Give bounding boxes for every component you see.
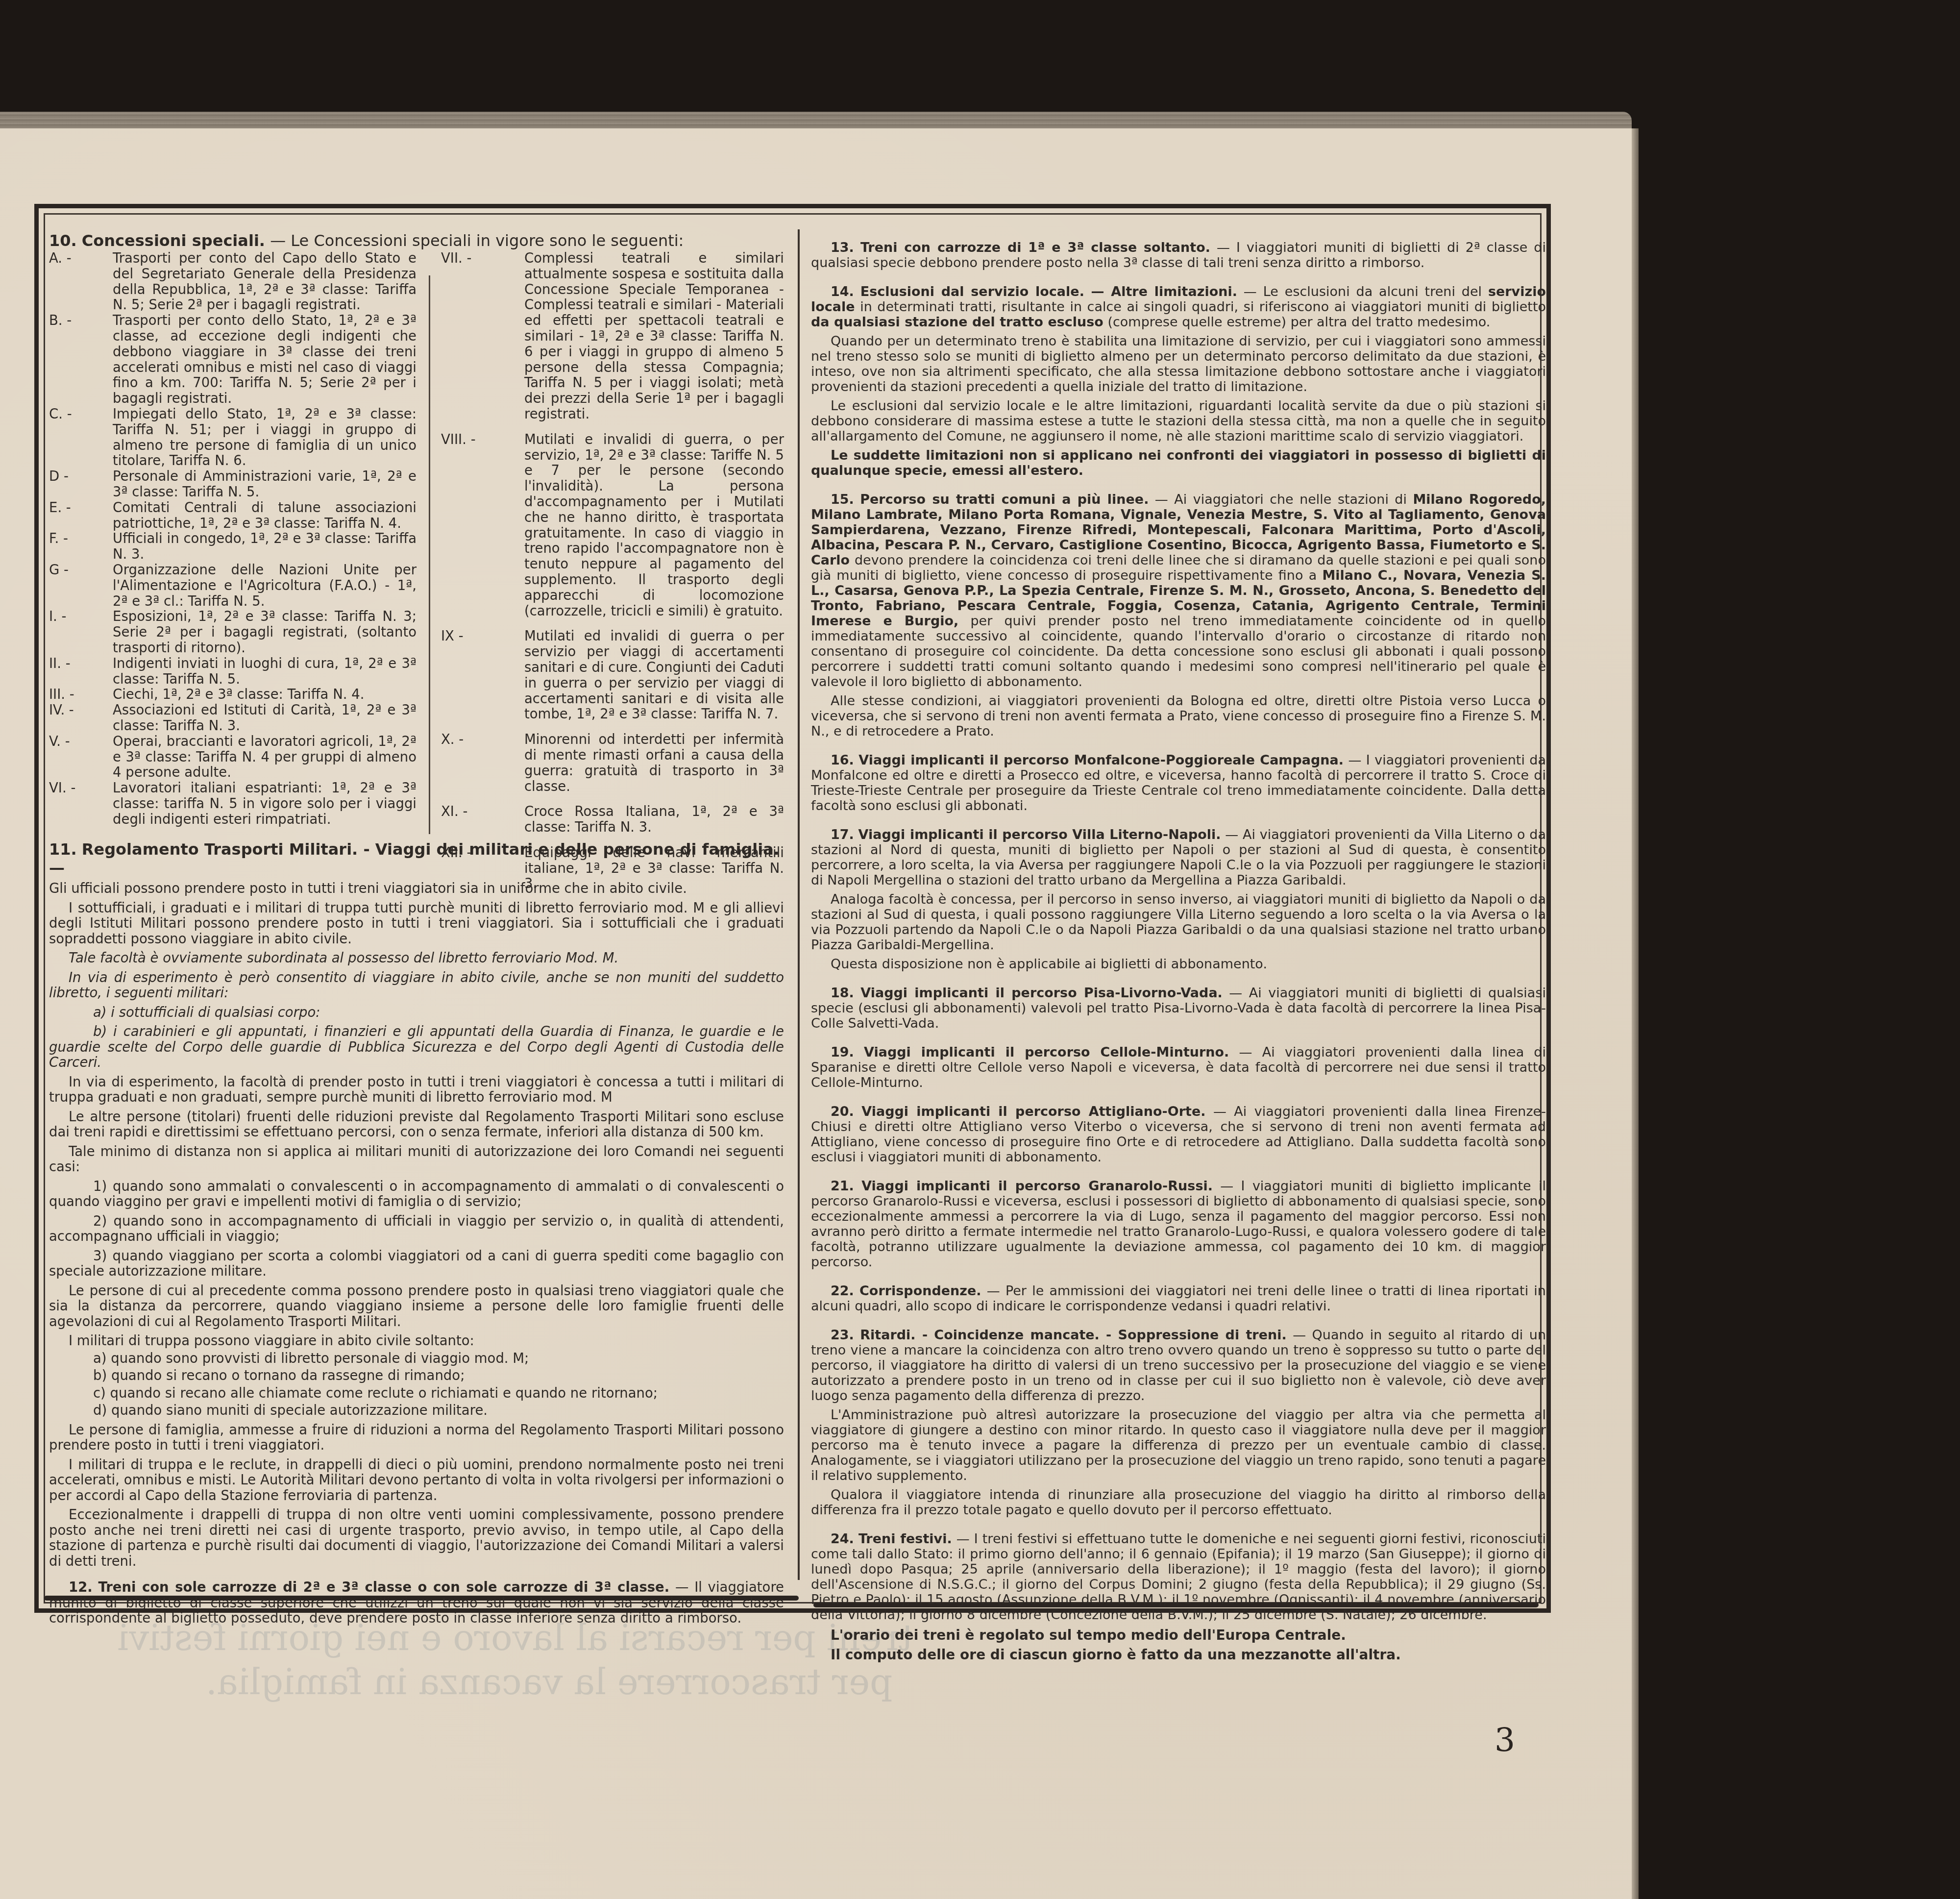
concession-item: VI. -Lavoratori italiani espatrianti: 1ª… (49, 781, 416, 827)
bleed-through-text-2: per trascorrere la vacanza in famiglia. (206, 1661, 892, 1702)
concession-item: D -Personale di Amministrazioni varie, 1… (49, 469, 416, 500)
section-22-title: Corrispondenze. (859, 1283, 981, 1299)
left-column: 10. Concessioni speciali. — Le Concessio… (49, 231, 784, 1627)
concessions-list: A. -Trasporti per conto del Capo dello S… (49, 251, 784, 837)
section-11-paragraph: Tale minimo di distanza non si applica a… (49, 1144, 784, 1175)
list-divider (429, 275, 430, 834)
section-11-case: 1) quando sono ammalati o convalescenti … (49, 1179, 784, 1210)
section-11-case: 3) quando viaggiano per scorta a colombi… (49, 1249, 784, 1280)
closing-note-timezone: L'orario dei treni è regolato sul tempo … (811, 1627, 1546, 1644)
section-15: 15. Percorso su tratti comuni a più line… (811, 492, 1546, 739)
section-11-paragraph: I militari di truppa e le reclute, in dr… (49, 1457, 784, 1504)
concession-item: F. -Ufficiali in congedo, 1ª, 2ª e 3ª cl… (49, 531, 416, 563)
section-11-italic-block: Tale facoltà è ovviamente subordinata al… (49, 951, 784, 1071)
concession-item: I. -Esposizioni, 1ª, 2ª e 3ª classe: Tar… (49, 609, 416, 656)
section-23-title: Ritardi. - Coincidenze mancate. - Soppre… (860, 1328, 1286, 1343)
column-divider (798, 229, 800, 1580)
concession-item: E. -Comitati Centrali di talune associaz… (49, 500, 416, 532)
section-19-title: Viaggi implicanti il percorso Cellole-Mi… (864, 1045, 1229, 1060)
section-11-paragraph: Eccezionalmente i drappelli di truppa di… (49, 1507, 784, 1569)
section-11-case: d) quando siano muniti di speciale autor… (49, 1403, 784, 1419)
section-24: 24. Treni festivi. — I treni festivi si … (811, 1531, 1546, 1623)
concession-item: G -Organizzazione delle Nazioni Unite pe… (49, 563, 416, 609)
concession-item: XI. -Croce Rossa Italiana, 1ª, 2ª e 3ª c… (441, 804, 784, 836)
section-11-paragraph: Le altre persone (titolari) fruenti dell… (49, 1110, 784, 1140)
concession-item: II. -Indigenti inviati in luoghi di cura… (49, 656, 416, 688)
section-11-paragraph: Le persone di famiglia, ammesse a fruire… (49, 1423, 784, 1454)
section-18-title: Viaggi implicanti il percorso Pisa-Livor… (860, 986, 1223, 1001)
section-17: 17. Viaggi implicanti il percorso Villa … (811, 827, 1546, 972)
section-16: 16. Viaggi implicanti il percorso Monfal… (811, 753, 1546, 814)
section-21: 21. Viaggi implicanti il percorso Granar… (811, 1179, 1546, 1270)
section-14: 14. Esclusioni dal servizio locale. — Al… (811, 284, 1546, 478)
closing-note-day-count: Il computo delle ore di ciascun giorno è… (811, 1646, 1546, 1664)
page-right-edge (1632, 128, 1639, 1899)
section-11-paragraph: I sottufficiali, i graduati e i militari… (49, 901, 784, 947)
section-19: 19. Viaggi implicanti il percorso Cellol… (811, 1045, 1546, 1090)
section-10-title: Concessioni speciali. (82, 231, 265, 250)
concession-item: IX -Mutilati ed invalidi di guerra o per… (441, 629, 784, 722)
concession-item: XII. -Equipaggi delle navi mercantili it… (441, 845, 784, 892)
section-15-title: Percorso su tratti comuni a più linee. (860, 492, 1149, 507)
concession-item: B. -Trasporti per conto dello Stato, 1ª,… (49, 313, 416, 407)
section-20-title: Viaggi implicanti il percorso Attigliano… (861, 1104, 1205, 1119)
concessions-list-left: A. -Trasporti per conto del Capo dello S… (49, 251, 416, 827)
right-column: 13. Treni con carrozze di 1ª e 3ª classe… (811, 236, 1546, 1664)
section-11-case: a) quando sono provvisti di libretto per… (49, 1351, 784, 1367)
section-11-paragraph: In via di esperimento, la facoltà di pre… (49, 1075, 784, 1106)
section-11-paragraph: Le persone di cui al precedente comma po… (49, 1283, 784, 1330)
concessions-list-right: VII. -Complessi teatrali e similari attu… (441, 251, 784, 902)
section-11-case: c) quando si recano alle chiamate come r… (49, 1386, 784, 1402)
concession-item: IV. -Associazioni ed Istituti di Carità,… (49, 703, 416, 734)
section-12: 12. Treni con sole carrozze di 2ª e 3ª c… (49, 1580, 784, 1627)
concession-item: C. -Impiegati dello Stato, 1ª, 2ª e 3ª c… (49, 407, 416, 469)
section-11-case: b) quando si recano o tornano da rassegn… (49, 1368, 784, 1384)
section-12-title: Treni con sole carrozze di 2ª e 3ª class… (98, 1579, 669, 1595)
section-16-title: Viaggi implicanti il percorso Monfalcone… (858, 753, 1344, 768)
section-22: 22. Corrispondenze. — Per le ammissioni … (811, 1283, 1546, 1314)
concession-item: V. -Operai, braccianti e lavoratori agri… (49, 734, 416, 781)
section-18: 18. Viaggi implicanti il percorso Pisa-L… (811, 986, 1546, 1031)
page-number: 3 (1494, 1721, 1515, 1759)
section-11-paragraph: I militari di truppa possono viaggiare i… (49, 1333, 784, 1349)
concession-item: X. -Minorenni od interdetti per infermit… (441, 732, 784, 794)
section-10-intro: — Le Concessioni speciali in vigore sono… (270, 231, 684, 250)
section-17-title: Viaggi implicanti il percorso Villa Lite… (858, 827, 1221, 842)
concession-item: VIII. -Mutilati e invalidi di guerra, o … (441, 432, 784, 619)
section-10-heading: 10. Concessioni speciali. — Le Concessio… (49, 231, 784, 250)
concession-item: A. -Trasporti per conto del Capo dello S… (49, 251, 416, 313)
section-14-title: Esclusioni dal servizio locale. — Altre … (860, 284, 1237, 299)
section-24-title: Treni festivi. (858, 1531, 952, 1547)
section-23: 23. Ritardi. - Coincidenze mancate. - So… (811, 1328, 1546, 1518)
section-13: 13. Treni con carrozze di 1ª e 3ª classe… (811, 240, 1546, 271)
concession-item: III. -Ciechi, 1ª, 2ª e 3ª classe: Tariff… (49, 687, 416, 703)
section-20: 20. Viaggi implicanti il percorso Attigl… (811, 1104, 1546, 1165)
section-11-case: 2) quando sono in accompagnamento di uff… (49, 1214, 784, 1245)
section-21-title: Viaggi implicanti il percorso Granarolo-… (861, 1179, 1213, 1194)
section-13-title: Treni con carrozze di 1ª e 3ª classe sol… (860, 240, 1210, 255)
concession-item: VII. -Complessi teatrali e similari attu… (441, 251, 784, 422)
